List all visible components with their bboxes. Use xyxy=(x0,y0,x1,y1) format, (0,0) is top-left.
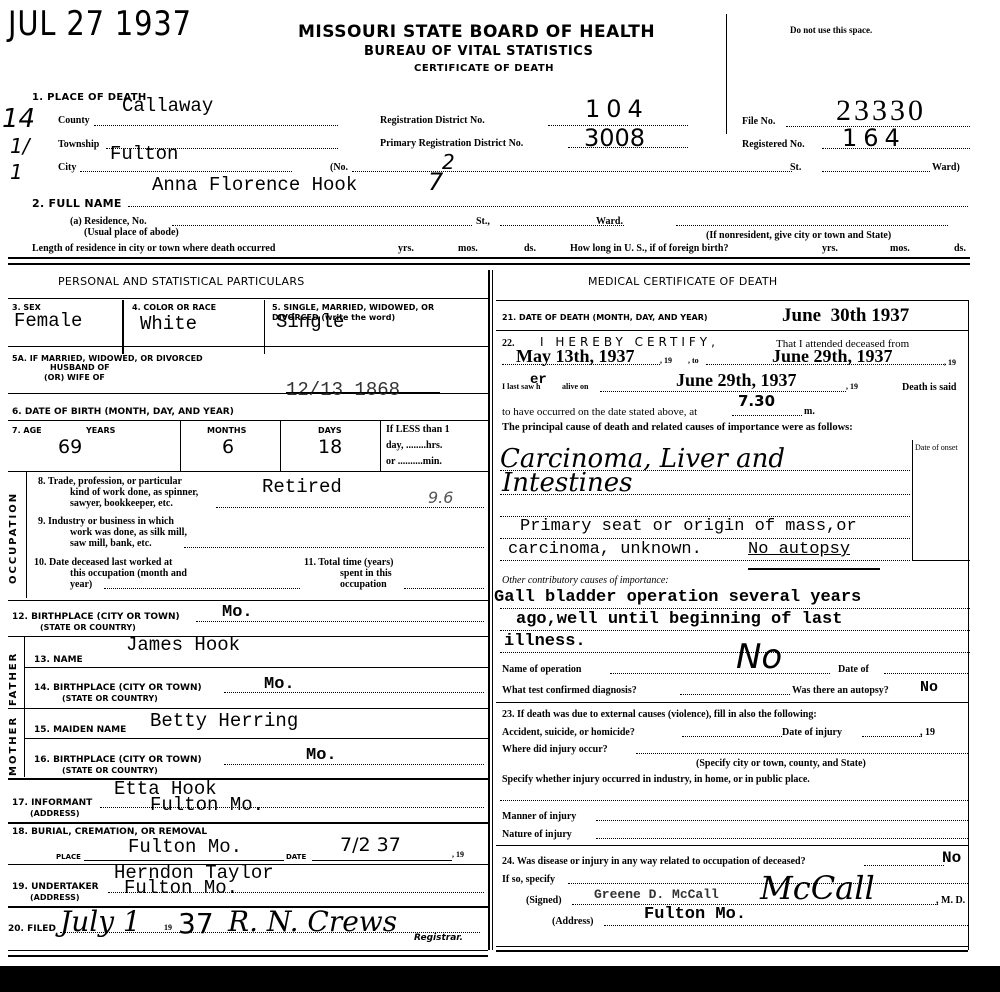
full-name-value: Anna Florence Hook xyxy=(152,176,357,195)
last-saw-19: , 19 xyxy=(846,383,858,392)
date-of-death-label: 21. DATE OF DEATH (MONTH, DAY, AND YEAR) xyxy=(502,313,708,322)
age-months-value: 6 xyxy=(222,438,234,457)
cause-label: The principal cause of death and related… xyxy=(502,422,853,434)
father-birthplace-state-label: (STATE OR COUNTRY) xyxy=(62,694,158,703)
occupation-code-mark: 9.6 xyxy=(428,490,453,506)
form-subtitle: BUREAU OF VITAL STATISTICS xyxy=(364,44,593,59)
reserved-note: Do not use this space. xyxy=(790,26,872,36)
nature-label: Nature of injury xyxy=(502,829,572,840)
primary-district-label: Primary Registration District No. xyxy=(380,138,523,149)
operation-mark: No xyxy=(736,640,782,674)
reserved-divider xyxy=(726,14,727,134)
personal-section-title: PERSONAL AND STATISTICAL PARTICULARS xyxy=(58,276,305,288)
spouse-label-3: (OR) WIFE OF xyxy=(44,373,105,382)
date-of-death-value: June 30th 1937 xyxy=(782,306,909,325)
physician-signature: McCall xyxy=(760,872,875,904)
undertaker-label: 19. UNDERTAKER xyxy=(12,882,99,892)
other-causes-line-2: ago,well until beginning of last xyxy=(516,611,842,628)
city-label: City xyxy=(58,162,76,173)
registered-no-label: Registered No. xyxy=(742,139,805,150)
informant-address-value: Fulton Mo. xyxy=(150,796,264,815)
birthplace-value: Mo. xyxy=(222,604,253,621)
race-value: White xyxy=(140,315,197,334)
county-label: County xyxy=(58,115,90,126)
race-label: 4. COLOR OR RACE xyxy=(132,303,216,312)
spouse-label-1: 5A. IF MARRIED, WIDOWED, OR DIVORCED xyxy=(12,354,203,363)
injury-where-label: Where did injury occur? xyxy=(502,744,608,755)
total-time-label-1: 11. Total time (years) xyxy=(304,557,393,568)
signed-typed-name: Greene D. McCall xyxy=(594,888,719,901)
residence-label: (a) Residence, No. xyxy=(70,216,147,227)
registrar-label: Registrar. xyxy=(414,934,463,944)
street-no-value: 2 xyxy=(442,152,455,172)
age-days-value: 18 xyxy=(318,438,342,457)
industry-label-1: 9. Industry or business in which xyxy=(38,516,174,527)
form-name: CERTIFICATE OF DEATH xyxy=(414,63,554,74)
physician-address-label: (Address) xyxy=(552,916,593,927)
column-divider xyxy=(488,270,490,950)
full-name-check-mark: 7 xyxy=(428,170,443,194)
burial-date-label: DATE xyxy=(286,853,306,861)
other-causes-line-1: Gall bladder operation several years xyxy=(494,589,861,606)
date-of-birth-label: 6. DATE OF BIRTH (MONTH, DAY, AND YEAR) xyxy=(12,407,234,417)
manner-label: Manner of injury xyxy=(502,811,576,822)
industry-label-3: saw mill, bank, etc. xyxy=(70,538,152,549)
burial-date-value: 7/2 37 xyxy=(340,836,401,855)
city-value: Fulton xyxy=(110,145,178,164)
less-than-day-label-1: If LESS than 1 xyxy=(386,424,450,435)
residence-ward-label: Ward. xyxy=(596,216,623,227)
mother-section-label: MOTHER xyxy=(8,716,19,776)
informant-label: 17. INFORMANT xyxy=(12,798,92,808)
total-time-label-2: spent in this xyxy=(340,568,392,579)
informant-address-label: (ADDRESS) xyxy=(30,809,80,818)
nonresident-note: (If nonresident, give city or town and S… xyxy=(706,230,891,241)
residence-note: (Usual place of abode) xyxy=(84,227,179,238)
filed-label: 20. FILED xyxy=(8,924,56,934)
township-label: Township xyxy=(58,139,99,150)
attended-from-value: May 13th, 1937 xyxy=(516,347,635,365)
attended-to-value: June 29th, 1937 xyxy=(772,347,893,365)
trade-label-3: sawyer, bookkeeper, etc. xyxy=(70,498,173,509)
occupational-value: No xyxy=(942,850,961,866)
father-birthplace-value: Mo. xyxy=(264,676,295,693)
undertaker-address-label: (ADDRESS) xyxy=(30,893,80,902)
total-time-label-3: occupation xyxy=(340,579,387,590)
street-ward-label: Ward) xyxy=(932,162,960,173)
occupational-label: 24. Was disease or injury in any way rel… xyxy=(502,856,806,867)
if-so-label: If so, specify xyxy=(502,874,555,885)
trade-value: Retired xyxy=(262,478,342,497)
operation-date-label: Date of xyxy=(838,664,869,675)
file-no-value: 23330 xyxy=(836,94,926,128)
last-saw-value: June 29th, 1937 xyxy=(676,371,797,389)
accident-label: Accident, suicide, or homicide? xyxy=(502,727,635,738)
operation-label: Name of operation xyxy=(502,664,581,675)
mother-birthplace-state-label: (STATE OR COUNTRY) xyxy=(62,766,158,775)
occurred-label: to have occurred on the date stated abov… xyxy=(502,406,697,418)
margin-mark-3: 1 xyxy=(10,162,23,182)
cause-typed-1: Primary seat or origin of mass,or xyxy=(520,518,857,535)
age-days-label: DAYS xyxy=(318,426,342,435)
date-of-birth-value: 12/13 1868 xyxy=(286,381,400,400)
attended-from-19: , 19 xyxy=(660,357,672,366)
sex-value: Female xyxy=(14,312,82,331)
certify-number: 22. xyxy=(502,338,515,349)
external-causes-label: 23. If death was due to external causes … xyxy=(502,709,817,720)
injury-date-19: , 19 xyxy=(920,727,935,738)
last-worked-label-2: this occupation (month and xyxy=(70,568,187,579)
autopsy-value: No xyxy=(920,680,938,695)
time-suffix: m. xyxy=(804,406,815,417)
burial-place-value: Fulton Mo. xyxy=(128,838,242,857)
attended-to-label: , to xyxy=(688,357,699,366)
trade-label-1: 8. Trade, profession, or particular xyxy=(38,476,182,487)
filed-year-value: 37 xyxy=(178,910,214,938)
less-than-day-label-3: or ..........min. xyxy=(386,456,442,467)
less-than-day-label-2: day, ........hrs. xyxy=(386,440,442,451)
attended-to-19: , 19 xyxy=(944,359,956,368)
time-of-death-value: 7.30 xyxy=(738,394,775,409)
injury-date-label: Date of injury xyxy=(782,727,842,738)
primary-district-value: 3008 xyxy=(584,126,645,150)
mother-birthplace-value: Mo. xyxy=(306,747,337,764)
residence-ds-label: ds. xyxy=(524,243,536,254)
specify-city-label: (Specify city or town, county, and State… xyxy=(696,758,866,769)
received-stamp: JUL 27 1937 xyxy=(8,4,192,44)
mother-name-label: 15. MAIDEN NAME xyxy=(34,725,126,735)
residence-mos-label: mos. xyxy=(458,243,478,254)
mother-name-value: Betty Herring xyxy=(150,712,298,731)
father-name-value: James Hook xyxy=(126,636,240,655)
county-value: Callaway xyxy=(122,97,213,116)
cause-handwritten-2: Intestines xyxy=(502,470,632,496)
street-no-label: (No. xyxy=(330,162,348,173)
burial-year-label: , 19 xyxy=(452,851,464,860)
last-worked-label-1: 10. Date deceased last worked at xyxy=(34,557,172,568)
file-no-label: File No. xyxy=(742,116,775,127)
marital-value: Single xyxy=(276,313,344,332)
age-label: 7. AGE xyxy=(12,426,42,435)
birthplace-state-label: (STATE OR COUNTRY) xyxy=(40,623,136,632)
street-st-label: St. xyxy=(790,162,801,173)
form-title: MISSOURI STATE BOARD OF HEALTH xyxy=(298,22,655,42)
signed-label: (Signed) xyxy=(526,895,562,906)
registered-no-value: 164 xyxy=(842,126,906,150)
test-confirmed-label: What test confirmed diagnosis? xyxy=(502,685,637,696)
foreign-yrs-label: yrs. xyxy=(822,243,838,254)
industry-label-2: work was done, as silk mill, xyxy=(70,527,187,538)
no-autopsy-note: No autopsy xyxy=(748,541,850,558)
scan-bottom-border xyxy=(0,966,1000,992)
margin-mark-2: 1/ xyxy=(10,136,29,156)
margin-mark-1: 14 xyxy=(2,106,35,132)
reg-district-value: 104 xyxy=(585,97,649,121)
death-said-label: Death is said xyxy=(902,382,956,393)
full-name-label: 2. FULL NAME xyxy=(32,198,122,210)
specify-industry-label: Specify whether injury occurred in indus… xyxy=(502,774,810,785)
mother-birthplace-label: 16. BIRTHPLACE (CITY OR TOWN) xyxy=(34,755,202,765)
age-years-label: YEARS xyxy=(86,426,115,435)
spouse-label-2: HUSBAND OF xyxy=(50,363,110,372)
trade-label-2: kind of work done, as spinner, xyxy=(70,487,198,498)
foreign-mos-label: mos. xyxy=(890,243,910,254)
father-name-label: 13. NAME xyxy=(34,655,83,665)
other-causes-label: Other contributory causes of importance: xyxy=(502,575,669,586)
last-worked-label-3: year) xyxy=(70,579,92,590)
residence-st-label: St., xyxy=(476,216,490,227)
residence-length-label: Length of residence in city or town wher… xyxy=(32,243,275,254)
burial-place-label: PLACE xyxy=(56,853,81,861)
age-months-label: MONTHS xyxy=(207,426,246,435)
birthplace-label: 12. BIRTHPLACE (CITY OR TOWN) xyxy=(12,612,180,622)
undertaker-address-value: Fulton Mo. xyxy=(124,879,238,898)
medical-section-title: MEDICAL CERTIFICATE OF DEATH xyxy=(588,276,777,288)
other-causes-line-3: illness. xyxy=(504,633,586,650)
age-years-value: 69 xyxy=(58,438,82,457)
autopsy-label: Was there an autopsy? xyxy=(792,685,889,696)
physician-address-value: Fulton Mo. xyxy=(644,906,746,923)
md-label: , M. D. xyxy=(936,895,965,906)
reg-district-label: Registration District No. xyxy=(380,115,485,126)
foreign-ds-label: ds. xyxy=(954,243,966,254)
father-birthplace-label: 14. BIRTHPLACE (CITY OR TOWN) xyxy=(34,683,202,693)
father-section-label: FATHER xyxy=(8,652,19,706)
last-saw-pronoun: er xyxy=(530,373,547,387)
residence-yrs-label: yrs. xyxy=(398,243,414,254)
occupation-section-label: OCCUPATION xyxy=(8,492,19,584)
cause-typed-2: carcinoma, unknown. xyxy=(508,541,702,558)
alive-on-label: alive on xyxy=(562,383,588,392)
foreign-birth-label: How long in U. S., if of foreign birth? xyxy=(570,243,728,254)
